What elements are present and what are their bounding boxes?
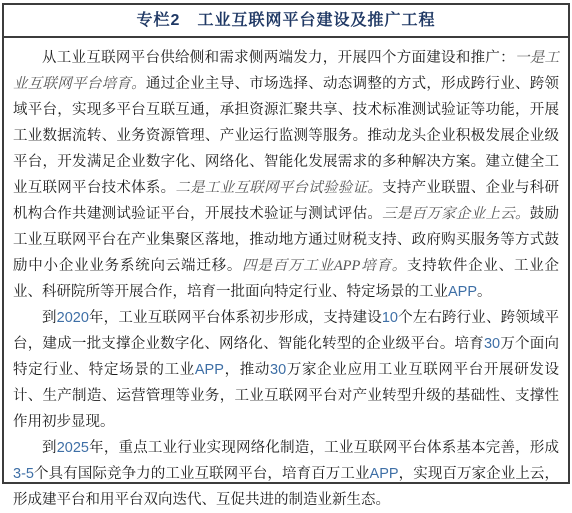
text-run-normal: 年，工业互联网平台体系初步形成，支持建设 bbox=[89, 310, 382, 326]
text-run-num: APP bbox=[195, 362, 224, 378]
text-run-normal: 从工业互联网平台供给侧和需求侧两端发力，开展四个方面建设和推广： bbox=[42, 50, 515, 66]
text-run-num: 2025 bbox=[57, 440, 89, 456]
text-run-normal: 个具有国际竞争力的工业互联网平台，培育百万工业 bbox=[34, 466, 370, 482]
text-run-num: 10 bbox=[382, 310, 398, 326]
paragraph-goal-2020: 到2020年，工业互联网平台体系初步形成，支持建设10个左右跨行业、跨领域平台，… bbox=[13, 305, 559, 435]
text-run-em: 四是百万工业APP培育。 bbox=[242, 258, 407, 274]
box-body: 从工业互联网平台供给侧和需求侧两端发力，开展四个方面建设和推广：一是工业互联网平… bbox=[4, 38, 568, 513]
text-run-normal: 到 bbox=[42, 440, 57, 456]
text-run-num: APP bbox=[448, 284, 477, 300]
text-run-num: 30 bbox=[484, 336, 500, 352]
text-run-normal: 年，重点工业行业实现网络化制造，工业互联网平台体系基本完善，形成 bbox=[89, 440, 559, 456]
text-run-normal: 到 bbox=[42, 310, 57, 326]
paragraph-goal-2025: 到2025年，重点工业行业实现网络化制造，工业互联网平台体系基本完善，形成3-5… bbox=[13, 435, 559, 513]
box-title: 专栏2 工业互联网平台建设及推广工程 bbox=[4, 5, 568, 38]
text-run-num: 2020 bbox=[57, 310, 89, 326]
paragraph-tasks: 从工业互联网平台供给侧和需求侧两端发力，开展四个方面建设和推广：一是工业互联网平… bbox=[13, 45, 559, 305]
text-run-normal: 。 bbox=[477, 284, 492, 300]
text-run-num: APP bbox=[370, 466, 399, 482]
text-run-em: 三是百万家企业上云。 bbox=[382, 206, 530, 222]
callout-box: 专栏2 工业互联网平台建设及推广工程 从工业互联网平台供给侧和需求侧两端发力，开… bbox=[2, 3, 570, 484]
text-run-num: 3-5 bbox=[13, 466, 34, 482]
text-run-normal: ，推动 bbox=[224, 362, 270, 378]
text-run-em: 二是工业互联网平台试验验证。 bbox=[175, 180, 382, 196]
text-run-num: 30 bbox=[270, 362, 286, 378]
text-run-normal: 通过企业主导、市场选择、动态调整的方式，形成跨行业、跨领域平台，实现多平台互联互… bbox=[13, 76, 559, 196]
